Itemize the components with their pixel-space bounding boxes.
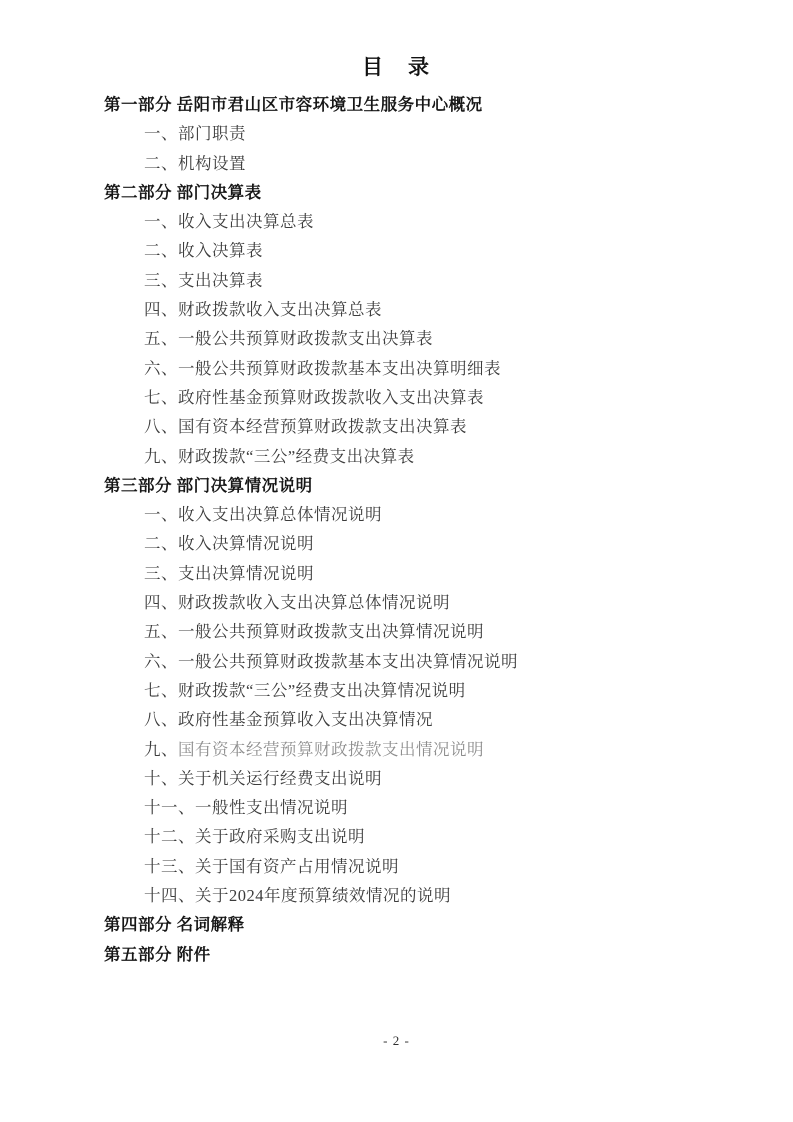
toc-item: 八、国有资本经营预算财政拨款支出决算表 (104, 412, 737, 441)
toc-item: 五、一般公共预算财政拨款支出决算情况说明 (104, 617, 737, 646)
toc-item-label: 一般性支出情况说明 (195, 798, 348, 817)
toc-item-label: 收入决算表 (178, 241, 263, 260)
toc-item-label: 支出决算情况说明 (178, 564, 314, 583)
toc-item-number: 四、 (144, 300, 178, 319)
toc-item: 四、财政拨款收入支出决算总表 (104, 295, 737, 324)
toc-item-label: 部门职责 (178, 124, 246, 143)
table-of-contents: 第一部分 岳阳市君山区市容环境卫生服务中心概况 一、部门职责 二、机构设置 第二… (104, 90, 737, 969)
toc-item: 十四、关于2024年度预算绩效情况的说明 (104, 881, 737, 910)
toc-item: 九、国有资本经营预算财政拨款支出情况说明 (104, 735, 737, 764)
toc-item-label: 关于机关运行经费支出说明 (178, 769, 382, 788)
toc-item-label: 一般公共预算财政拨款基本支出决算情况说明 (178, 652, 518, 671)
toc-item: 十三、关于国有资产占用情况说明 (104, 852, 737, 881)
toc-section-heading: 第三部分 部门决算情况说明 (104, 471, 737, 500)
toc-item-number: 八、 (144, 417, 178, 436)
toc-section-heading: 第二部分 部门决算表 (104, 178, 737, 207)
toc-item-number: 六、 (144, 652, 178, 671)
toc-item-number: 二、 (144, 154, 178, 173)
toc-item-number: 九、 (144, 447, 178, 466)
toc-item-number: 七、 (144, 681, 178, 700)
toc-item: 十二、关于政府采购支出说明 (104, 822, 737, 851)
toc-item-label: 收入支出决算总体情况说明 (178, 505, 382, 524)
toc-item-label: 国有资本经营预算财政拨款支出决算表 (178, 417, 467, 436)
toc-item: 七、政府性基金预算财政拨款收入支出决算表 (104, 383, 737, 412)
toc-item-number: 十三、 (144, 857, 195, 876)
toc-item-number: 七、 (144, 388, 178, 407)
toc-section-heading: 第五部分 附件 (104, 940, 737, 969)
toc-item-label: 关于政府采购支出说明 (195, 827, 365, 846)
toc-section-heading: 第一部分 岳阳市君山区市容环境卫生服务中心概况 (104, 90, 737, 119)
toc-item-number: 八、 (144, 710, 178, 729)
toc-item: 七、财政拨款“三公”经费支出决算情况说明 (104, 676, 737, 705)
toc-item-number: 四、 (144, 593, 178, 612)
toc-item: 四、财政拨款收入支出决算总体情况说明 (104, 588, 737, 617)
toc-item-label: 一般公共预算财政拨款支出决算表 (178, 329, 433, 348)
toc-item: 六、一般公共预算财政拨款基本支出决算情况说明 (104, 647, 737, 676)
toc-item: 一、收入支出决算总体情况说明 (104, 500, 737, 529)
toc-item-number: 一、 (144, 124, 178, 143)
document-page: 目 录 第一部分 岳阳市君山区市容环境卫生服务中心概况 一、部门职责 二、机构设… (0, 0, 793, 1122)
toc-item: 三、支出决算情况说明 (104, 559, 737, 588)
toc-item-number: 六、 (144, 359, 178, 378)
toc-item: 二、收入决算情况说明 (104, 529, 737, 558)
toc-section-heading: 第四部分 名词解释 (104, 910, 737, 939)
toc-item-number: 十四、 (144, 886, 195, 905)
toc-item-label: 一般公共预算财政拨款支出决算情况说明 (178, 622, 484, 641)
toc-item: 八、政府性基金预算收入支出决算情况 (104, 705, 737, 734)
toc-item: 六、一般公共预算财政拨款基本支出决算明细表 (104, 354, 737, 383)
page-number: - 2 - (0, 1033, 793, 1049)
toc-item-label: 机构设置 (178, 154, 246, 173)
toc-item-label: 财政拨款“三公”经费支出决算情况说明 (178, 681, 466, 700)
toc-item-label: 财政拨款收入支出决算总表 (178, 300, 382, 319)
toc-item-number: 一、 (144, 212, 178, 231)
toc-item-number: 十、 (144, 769, 178, 788)
toc-item: 一、部门职责 (104, 119, 737, 148)
toc-item: 二、机构设置 (104, 149, 737, 178)
page-title: 目 录 (0, 0, 793, 82)
toc-item: 一、收入支出决算总表 (104, 207, 737, 236)
toc-item: 九、财政拨款“三公”经费支出决算表 (104, 442, 737, 471)
toc-item-label: 政府性基金预算收入支出决算情况 (178, 710, 433, 729)
toc-item-number: 九、 (144, 740, 178, 759)
toc-item-label: 关于2024年度预算绩效情况的说明 (195, 886, 451, 905)
toc-item-number: 十二、 (144, 827, 195, 846)
toc-item: 二、收入决算表 (104, 236, 737, 265)
toc-item-number: 二、 (144, 241, 178, 260)
toc-item-number: 五、 (144, 622, 178, 641)
toc-item: 五、一般公共预算财政拨款支出决算表 (104, 324, 737, 353)
toc-item-label: 关于国有资产占用情况说明 (195, 857, 399, 876)
toc-item: 十、关于机关运行经费支出说明 (104, 764, 737, 793)
toc-item-number: 一、 (144, 505, 178, 524)
toc-item-number: 三、 (144, 271, 178, 290)
toc-item: 十一、一般性支出情况说明 (104, 793, 737, 822)
toc-item-label: 财政拨款“三公”经费支出决算表 (178, 447, 415, 466)
toc-item-number: 十一、 (144, 798, 195, 817)
toc-item-label: 国有资本经营预算财政拨款支出情况说明 (178, 740, 484, 759)
toc-item-label: 一般公共预算财政拨款基本支出决算明细表 (178, 359, 501, 378)
toc-item-number: 二、 (144, 534, 178, 553)
toc-item: 三、支出决算表 (104, 266, 737, 295)
toc-item-label: 支出决算表 (178, 271, 263, 290)
toc-item-number: 三、 (144, 564, 178, 583)
toc-item-label: 政府性基金预算财政拨款收入支出决算表 (178, 388, 484, 407)
toc-item-label: 收入决算情况说明 (178, 534, 314, 553)
toc-item-number: 五、 (144, 329, 178, 348)
toc-item-label: 财政拨款收入支出决算总体情况说明 (178, 593, 450, 612)
toc-item-label: 收入支出决算总表 (178, 212, 314, 231)
